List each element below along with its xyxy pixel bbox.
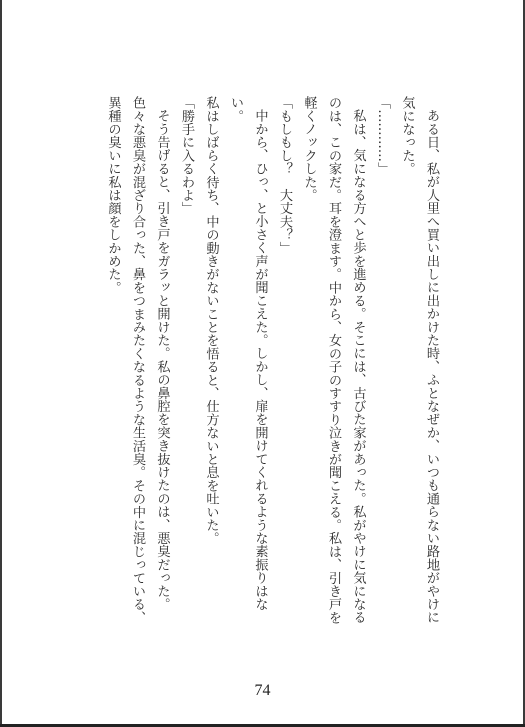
paragraph: 私はしばらく待ち、中の動きがないことを悟ると、仕方ないと息を吐いた。	[198, 96, 223, 636]
paragraph-dialogue: 「勝手に入るわよ」	[174, 96, 199, 636]
paragraph: そう告げると、引き戸をガラッと開けた。私の鼻腔を突き抜けたのは、悪臭だった。色々…	[100, 96, 174, 636]
paragraph: 中から、ひっ、と小さく声が聞こえた。しかし、扉を開けてくれるような素振りはない。	[223, 96, 272, 636]
page-number: 74	[2, 682, 523, 700]
vertical-body-text: ある日、私が人里へ買い出しに出かけた時、ふとなぜか、いつも通らない路地がやけに気…	[100, 96, 443, 636]
paragraph: ある日、私が人里へ買い出しに出かけた時、ふとなぜか、いつも通らない路地がやけに気…	[394, 96, 443, 636]
book-page: ある日、私が人里へ買い出しに出かけた時、ふとなぜか、いつも通らない路地がやけに気…	[2, 0, 523, 724]
paragraph: 私は、気になる方へと歩を進める。そこには、古びた家があった。私がやけに気になるの…	[296, 96, 370, 636]
paragraph-dialogue: 「…………」	[370, 96, 395, 636]
paragraph-dialogue: 「もしもし？ 大丈夫？」	[272, 96, 297, 636]
